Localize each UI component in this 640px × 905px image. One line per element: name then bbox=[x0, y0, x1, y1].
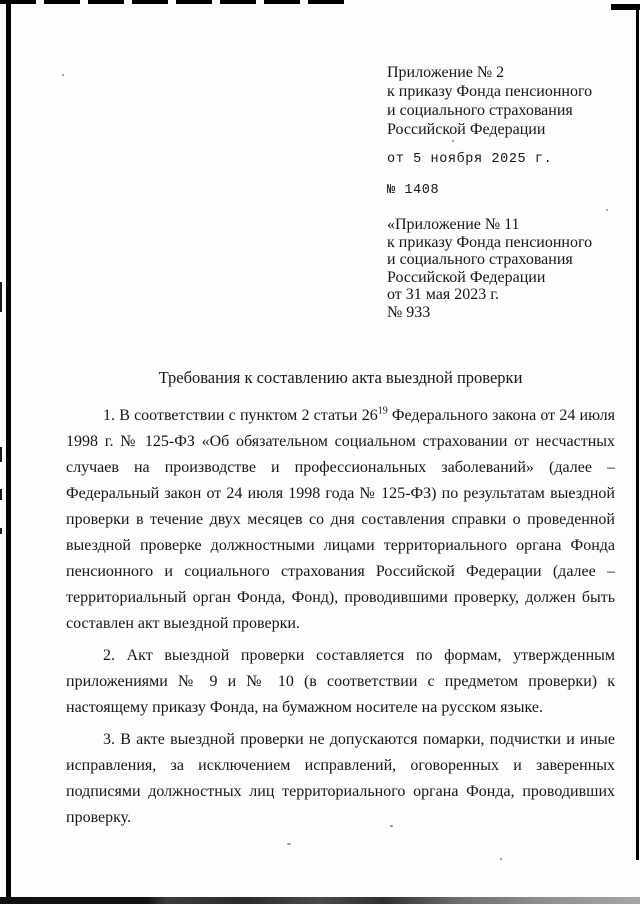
scan-edge-left-dash bbox=[0, 489, 2, 500]
inner-annex-header-line: Российской Федерации bbox=[387, 269, 592, 287]
scan-edge-top bbox=[0, 0, 346, 4]
paragraph-2: 2. Акт выездной проверки составляется по… bbox=[66, 643, 615, 721]
paragraph-3: 3. В акте выездной проверки не допускают… bbox=[66, 727, 615, 831]
paragraph-1-text: 1. В соответствии с пунктом 2 статьи 26 bbox=[103, 407, 378, 424]
scan-edge-left-dash bbox=[0, 528, 2, 534]
article-superscript-ref: 19 bbox=[378, 406, 388, 417]
paragraph-1-text-continued: Федерального закона от 24 июля 1998 г. №… bbox=[66, 407, 615, 632]
inner-annex-header-line: «Приложение № 11 bbox=[387, 216, 592, 234]
scanned-document-page: Приложение № 2 к приказу Фонда пенсионно… bbox=[0, 0, 640, 905]
scan-noise-dot bbox=[500, 858, 502, 860]
annex-header-line: к приказу Фонда пенсионного bbox=[387, 82, 592, 101]
annex-header-line: Приложение № 2 bbox=[387, 63, 592, 82]
scan-edge-left bbox=[6, 0, 11, 897]
order-date-line: от 5 ноября 2025 г. bbox=[387, 150, 592, 169]
inner-annex-header-line: № 933 bbox=[387, 304, 592, 322]
inner-annex-header-line: и социального страхования bbox=[387, 251, 592, 269]
scan-noise-dot bbox=[287, 843, 291, 845]
inner-annex-header-line: от 31 мая 2023 г. bbox=[387, 286, 592, 304]
inner-annex-header-block: «Приложение № 11 к приказу Фонда пенсион… bbox=[387, 216, 592, 321]
scan-edge-left-dash bbox=[0, 447, 2, 462]
paragraph-1: 1. В соответствии с пунктом 2 статьи 261… bbox=[66, 403, 615, 637]
scan-noise-dot bbox=[62, 74, 64, 76]
annex-header-block: Приложение № 2 к приказу Фонда пенсионно… bbox=[387, 63, 592, 200]
annex-header-line: и социального страхования bbox=[387, 101, 592, 120]
inner-annex-header-line: к приказу Фонда пенсионного bbox=[387, 234, 592, 252]
scan-edge-left-dash bbox=[0, 282, 2, 312]
annex-header-line: Российской Федерации bbox=[387, 120, 592, 139]
document-title: Требования к составлению акта выездной п… bbox=[66, 368, 615, 388]
order-number-line: № 1408 bbox=[387, 181, 592, 200]
scan-edge-bottom bbox=[0, 897, 640, 904]
scan-noise-dot bbox=[606, 209, 608, 211]
scan-edge-right bbox=[636, 8, 639, 860]
document-body: 1. В соответствии с пунктом 2 статьи 261… bbox=[66, 403, 615, 831]
